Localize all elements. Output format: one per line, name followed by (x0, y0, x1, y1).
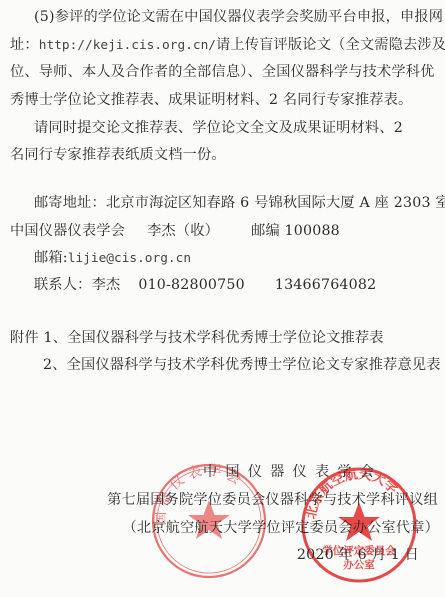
url-label: 址： (10, 37, 39, 53)
signature-date: 2020 年 6 月 1 日 (297, 546, 419, 564)
email-label: 邮箱: (10, 250, 68, 266)
paper-copy-line-1: 请同时提交论文推荐表、学位论文全文及成果证明材料、2 (10, 119, 439, 137)
document-page: (5)参评的学位论文需在中国仪器仪表学会奖励平台申报，申报网 址：http://… (0, 0, 445, 597)
organization-name: 中国仪器仪表学会 (10, 223, 125, 239)
paragraph-5-line-3: 位、导师、本人及合作者的全部信息）、全国仪器科学与技术学科优 (10, 63, 439, 81)
postcode: 邮编 100088 (251, 223, 340, 239)
recipient-line: 中国仪器仪表学会李杰（收）邮编 100088 (10, 222, 439, 240)
contact-mobile: 13466764082 (275, 277, 377, 293)
paragraph-5-text-1: (5)参评的学位论文需在中国仪器仪表学会奖励平台申报，申报网 (10, 9, 443, 25)
address-label: 邮寄地址： (10, 195, 106, 211)
submission-url-link[interactable]: http://keji.cis.org.cn/ (39, 38, 216, 53)
email-line: 邮箱:lijie@cis.org.cn (10, 249, 439, 268)
paragraph-5-line-1: (5)参评的学位论文需在中国仪器仪表学会奖励平台申报，申报网 (10, 8, 439, 26)
contact-name: 李杰 (92, 277, 121, 293)
attachment-1[interactable]: 1、全国仪器科学与技术学科优秀博士学位论文推荐表 (44, 330, 384, 346)
attachment-2-line: 2、全国仪器科学与技术学科优秀博士学位论文专家推荐意见表 (10, 356, 439, 374)
paragraph-5-text-2: 请上传盲评版论文（全文需隐去涉及单 (216, 37, 445, 53)
paper-copy-text-1: 请同时提交论文推荐表、学位论文全文及成果证明材料、2 (10, 120, 403, 136)
signature-org-3: （北京航空航天大学学位评定委员会办公室代章） (122, 519, 439, 537)
attachment-2[interactable]: 2、全国仪器科学与技术学科优秀博士学位论文专家推荐意见表 (43, 357, 441, 373)
contact-label: 联系人： (10, 277, 92, 293)
signature-org-1: 中国仪器仪表学会 (203, 463, 382, 481)
contact-phone: 010-82800750 (138, 277, 245, 293)
paragraph-5-line-2: 址：http://keji.cis.org.cn/请上传盲评版论文（全文需隐去涉… (10, 36, 439, 55)
email-link[interactable]: lijie@cis.org.cn (68, 251, 191, 266)
attachments-label: 附件 (10, 330, 39, 346)
contact-line: 联系人：李杰010-8280075013466764082 (10, 276, 439, 294)
address-value: 北京市海淀区知春路 6 号锦秋国际大厦 A 座 2303 室， (106, 195, 445, 211)
mailing-address-line: 邮寄地址：北京市海淀区知春路 6 号锦秋国际大厦 A 座 2303 室， (10, 194, 439, 212)
signature-org-2: 第七届国务院学位委员会仪器科学与技术学科评议组 (107, 491, 438, 509)
attachment-1-line: 附件 1、全国仪器科学与技术学科优秀博士学位论文推荐表 (10, 329, 439, 347)
paper-copy-line-2: 名同行专家推荐表纸质文档一份。 (10, 146, 439, 164)
paragraph-5-line-4: 秀博士学位论文推荐表、成果证明材料、2 名同行专家推荐表。 (10, 91, 439, 109)
recipient-name: 李杰（收） (147, 223, 219, 239)
